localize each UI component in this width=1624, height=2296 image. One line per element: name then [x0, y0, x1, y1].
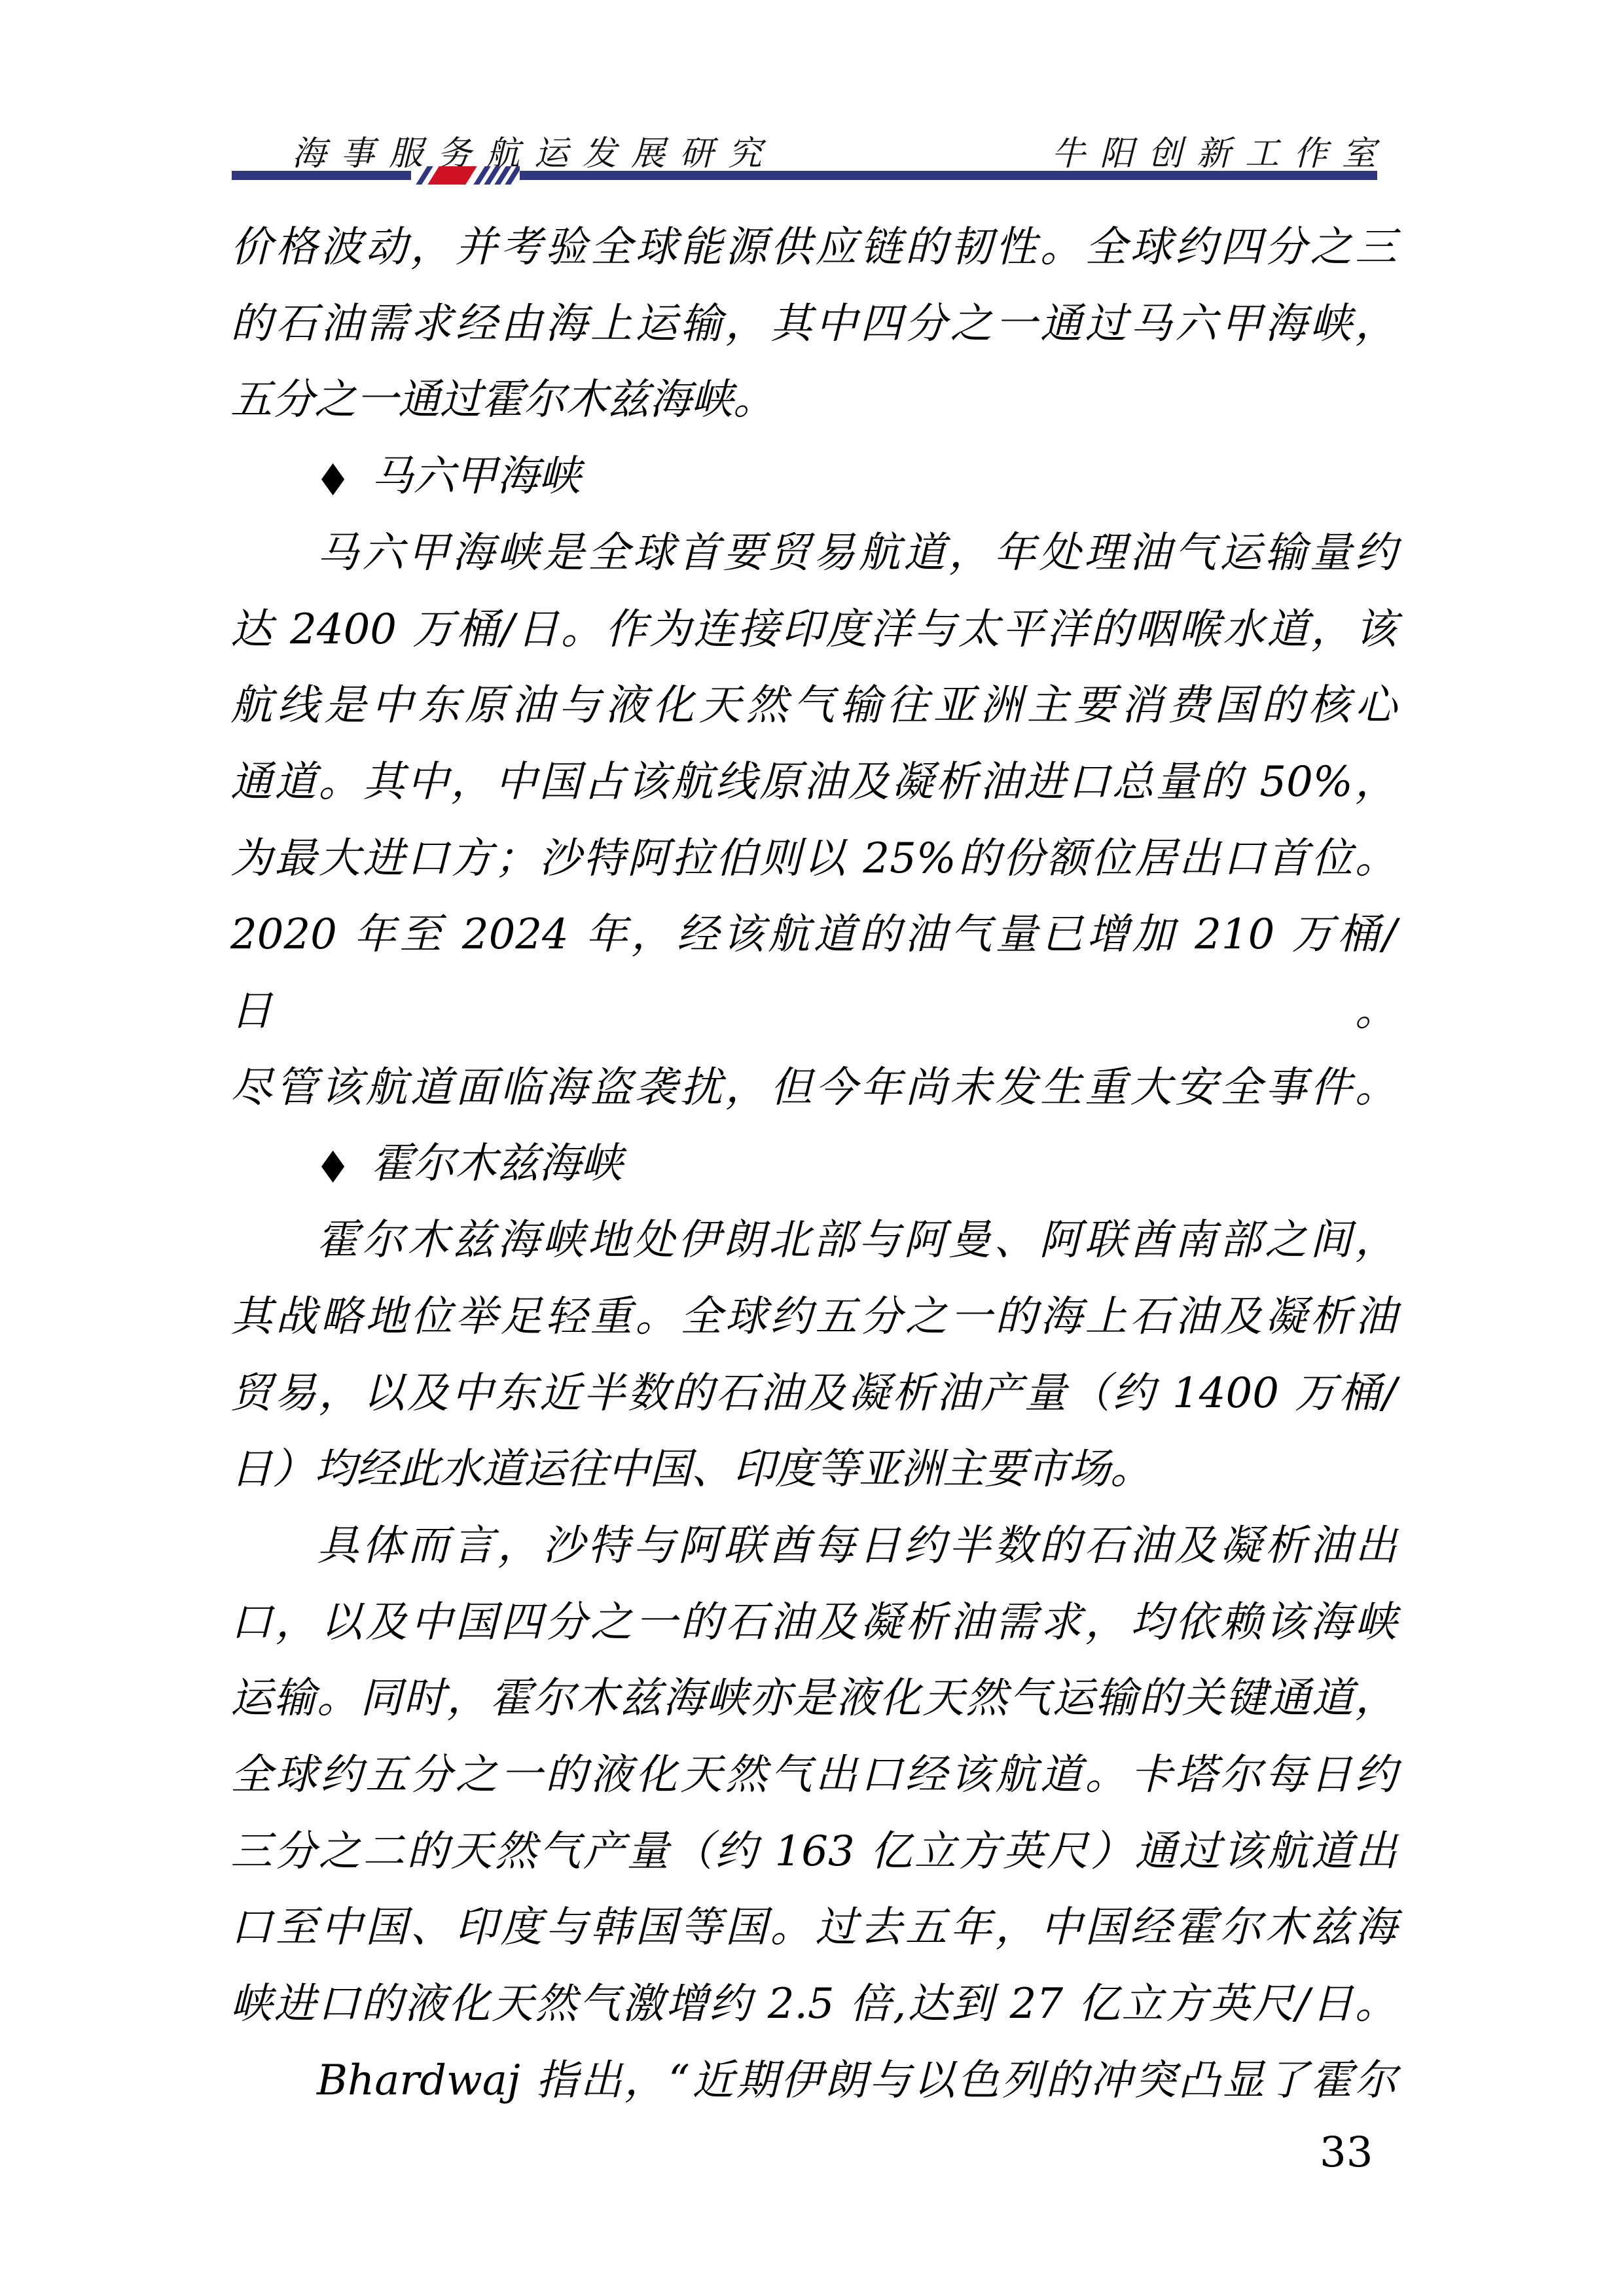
text-line: 为最大进口方；沙特阿拉伯则以 25%的份额位居出口首位。	[230, 821, 1397, 897]
text-line: 达 2400 万桶/日。作为连接印度洋与太平洋的咽喉水道，该	[230, 592, 1397, 668]
text-line: 航线是中东原油与液化天然气输往亚洲主要消费国的核心	[230, 668, 1397, 744]
text-line: 通道。其中，中国占该航线原油及凝析油进口总量的 50%，	[230, 744, 1397, 821]
header-left-title: 海事服务航运发展研究	[292, 126, 776, 175]
diamond-bullet-icon: ◆	[321, 1126, 344, 1202]
bullet-heading-hormuz: ◆霍尔木兹海峡	[230, 1126, 1397, 1202]
text-line: 口，以及中国四分之一的石油及凝析油需求，均依赖该海峡	[230, 1585, 1397, 1661]
text-line: 五分之一通过霍尔木兹海峡。	[230, 362, 1397, 439]
document-page: 海事服务航运发展研究 牛阳创新工作室 价格波动，并考验全球能源供应链的韧性。全球…	[0, 0, 1624, 2296]
header-right-title: 牛阳创新工作室	[1051, 126, 1390, 175]
text-line: 霍尔木兹海峡地处伊朗北部与阿曼、阿联酋南部之间，	[230, 1202, 1397, 1279]
text-line: Bhardwaj 指出，“近期伊朗与以色列的冲突凸显了霍尔	[230, 2043, 1397, 2119]
header-rule-decoration	[411, 166, 520, 185]
header-rule	[232, 171, 1377, 180]
text-line: 具体而言，沙特与阿联酋每日约半数的石油及凝析油出	[230, 1508, 1397, 1585]
text-line: 的石油需求经由海上运输，其中四分之一通过马六甲海峡，	[230, 286, 1397, 363]
bullet-heading-label: 马六甲海峡	[371, 452, 581, 501]
text-line: 尽管该航道面临海盗袭扰，但今年尚未发生重大安全事件。	[230, 1050, 1397, 1126]
page-number: 33	[1320, 2128, 1373, 2177]
text-line: 口至中国、印度与韩国等国。过去五年，中国经霍尔木兹海	[230, 1890, 1397, 1966]
text-line: 2020 年至 2024 年，经该航道的油气量已增加 210 万桶/日。	[230, 897, 1397, 1049]
text-line: 全球约五分之一的液化天然气出口经该航道。卡塔尔每日约	[230, 1737, 1397, 1814]
red-stripe-icon	[427, 166, 477, 185]
text-line: 价格波动，并考验全球能源供应链的韧性。全球约四分之三	[230, 209, 1397, 286]
text-line: 马六甲海峡是全球首要贸易航道，年处理油气运输量约	[230, 515, 1397, 592]
text-line: 贸易，以及中东近半数的石油及凝析油产量（约 1400 万桶/	[230, 1355, 1397, 1432]
text-line: 运输。同时，霍尔木兹海峡亦是液化天然气运输的关键通道，	[230, 1660, 1397, 1737]
text-line: 其战略地位举足轻重。全球约五分之一的海上石油及凝析油	[230, 1279, 1397, 1355]
body-text: 价格波动，并考验全球能源供应链的韧性。全球约四分之三 的石油需求经由海上运输，其…	[230, 209, 1397, 2119]
text-line: 峡进口的液化天然气激增约 2.5 倍,达到 27 亿立方英尺/日。	[230, 1966, 1397, 2043]
bullet-heading-malacca: ◆马六甲海峡	[230, 439, 1397, 515]
text-line: 三分之二的天然气产量（约 163 亿立方英尺）通过该航道出	[230, 1814, 1397, 1890]
diamond-bullet-icon: ◆	[321, 439, 344, 515]
text-line: 日）均经此水道运往中国、印度等亚洲主要市场。	[230, 1431, 1397, 1508]
bullet-heading-label: 霍尔木兹海峡	[371, 1139, 623, 1188]
